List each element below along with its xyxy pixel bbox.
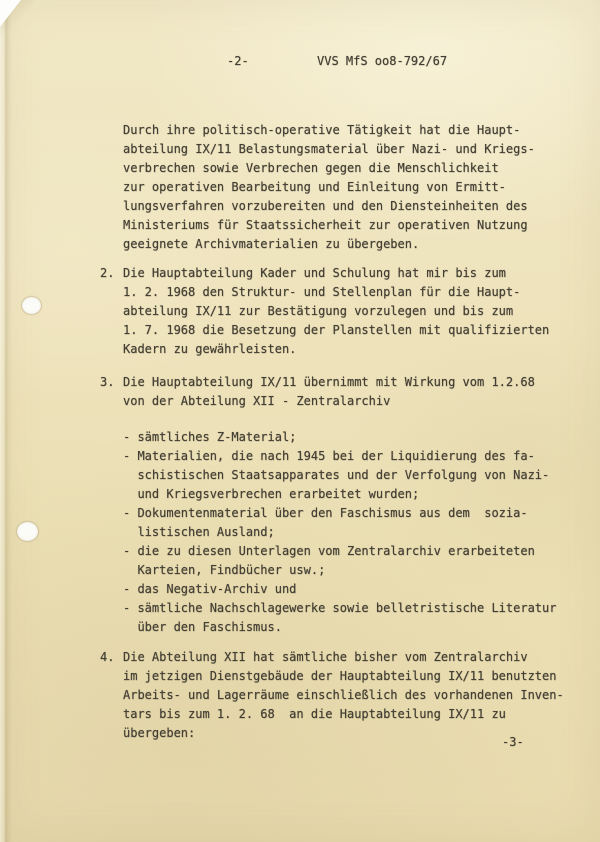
numbered-item-2: 2. Die Hauptabteilung Kader und Schulung…	[100, 264, 549, 359]
page-number: -2-	[227, 52, 249, 71]
item-2-text: Die Hauptabteilung Kader und Schulung ha…	[123, 264, 549, 359]
item-4-text: Die Abteilung XII hat sämtliche bisher v…	[123, 648, 564, 743]
item-3-text: Die Hauptabteilung IX/11 übernimmt mit W…	[123, 373, 535, 411]
scanned-document: -2- VVS MfS oo8-792/67 Durch ihre politi…	[0, 0, 600, 842]
hole-punch-bottom	[17, 522, 38, 541]
item-4-number: 4.	[100, 648, 114, 667]
item-2-number: 2.	[100, 264, 114, 283]
next-page-number: -3-	[502, 733, 524, 752]
hole-punch-top	[22, 297, 41, 314]
classification-reference: VVS MfS oo8-792/67	[317, 52, 447, 71]
document-page: -2- VVS MfS oo8-792/67 Durch ihre politi…	[0, 0, 600, 842]
numbered-item-3: 3. Die Hauptabteilung IX/11 übernimmt mi…	[100, 373, 535, 411]
numbered-item-4: 4. Die Abteilung XII hat sämtliche bishe…	[100, 648, 564, 743]
item-3-number: 3.	[100, 373, 114, 392]
intro-paragraph: Durch ihre politisch-operative Tätigkeit…	[123, 121, 535, 254]
item-3-dash-list: - sämtliches Z-Material; - Materialien, …	[123, 428, 556, 637]
